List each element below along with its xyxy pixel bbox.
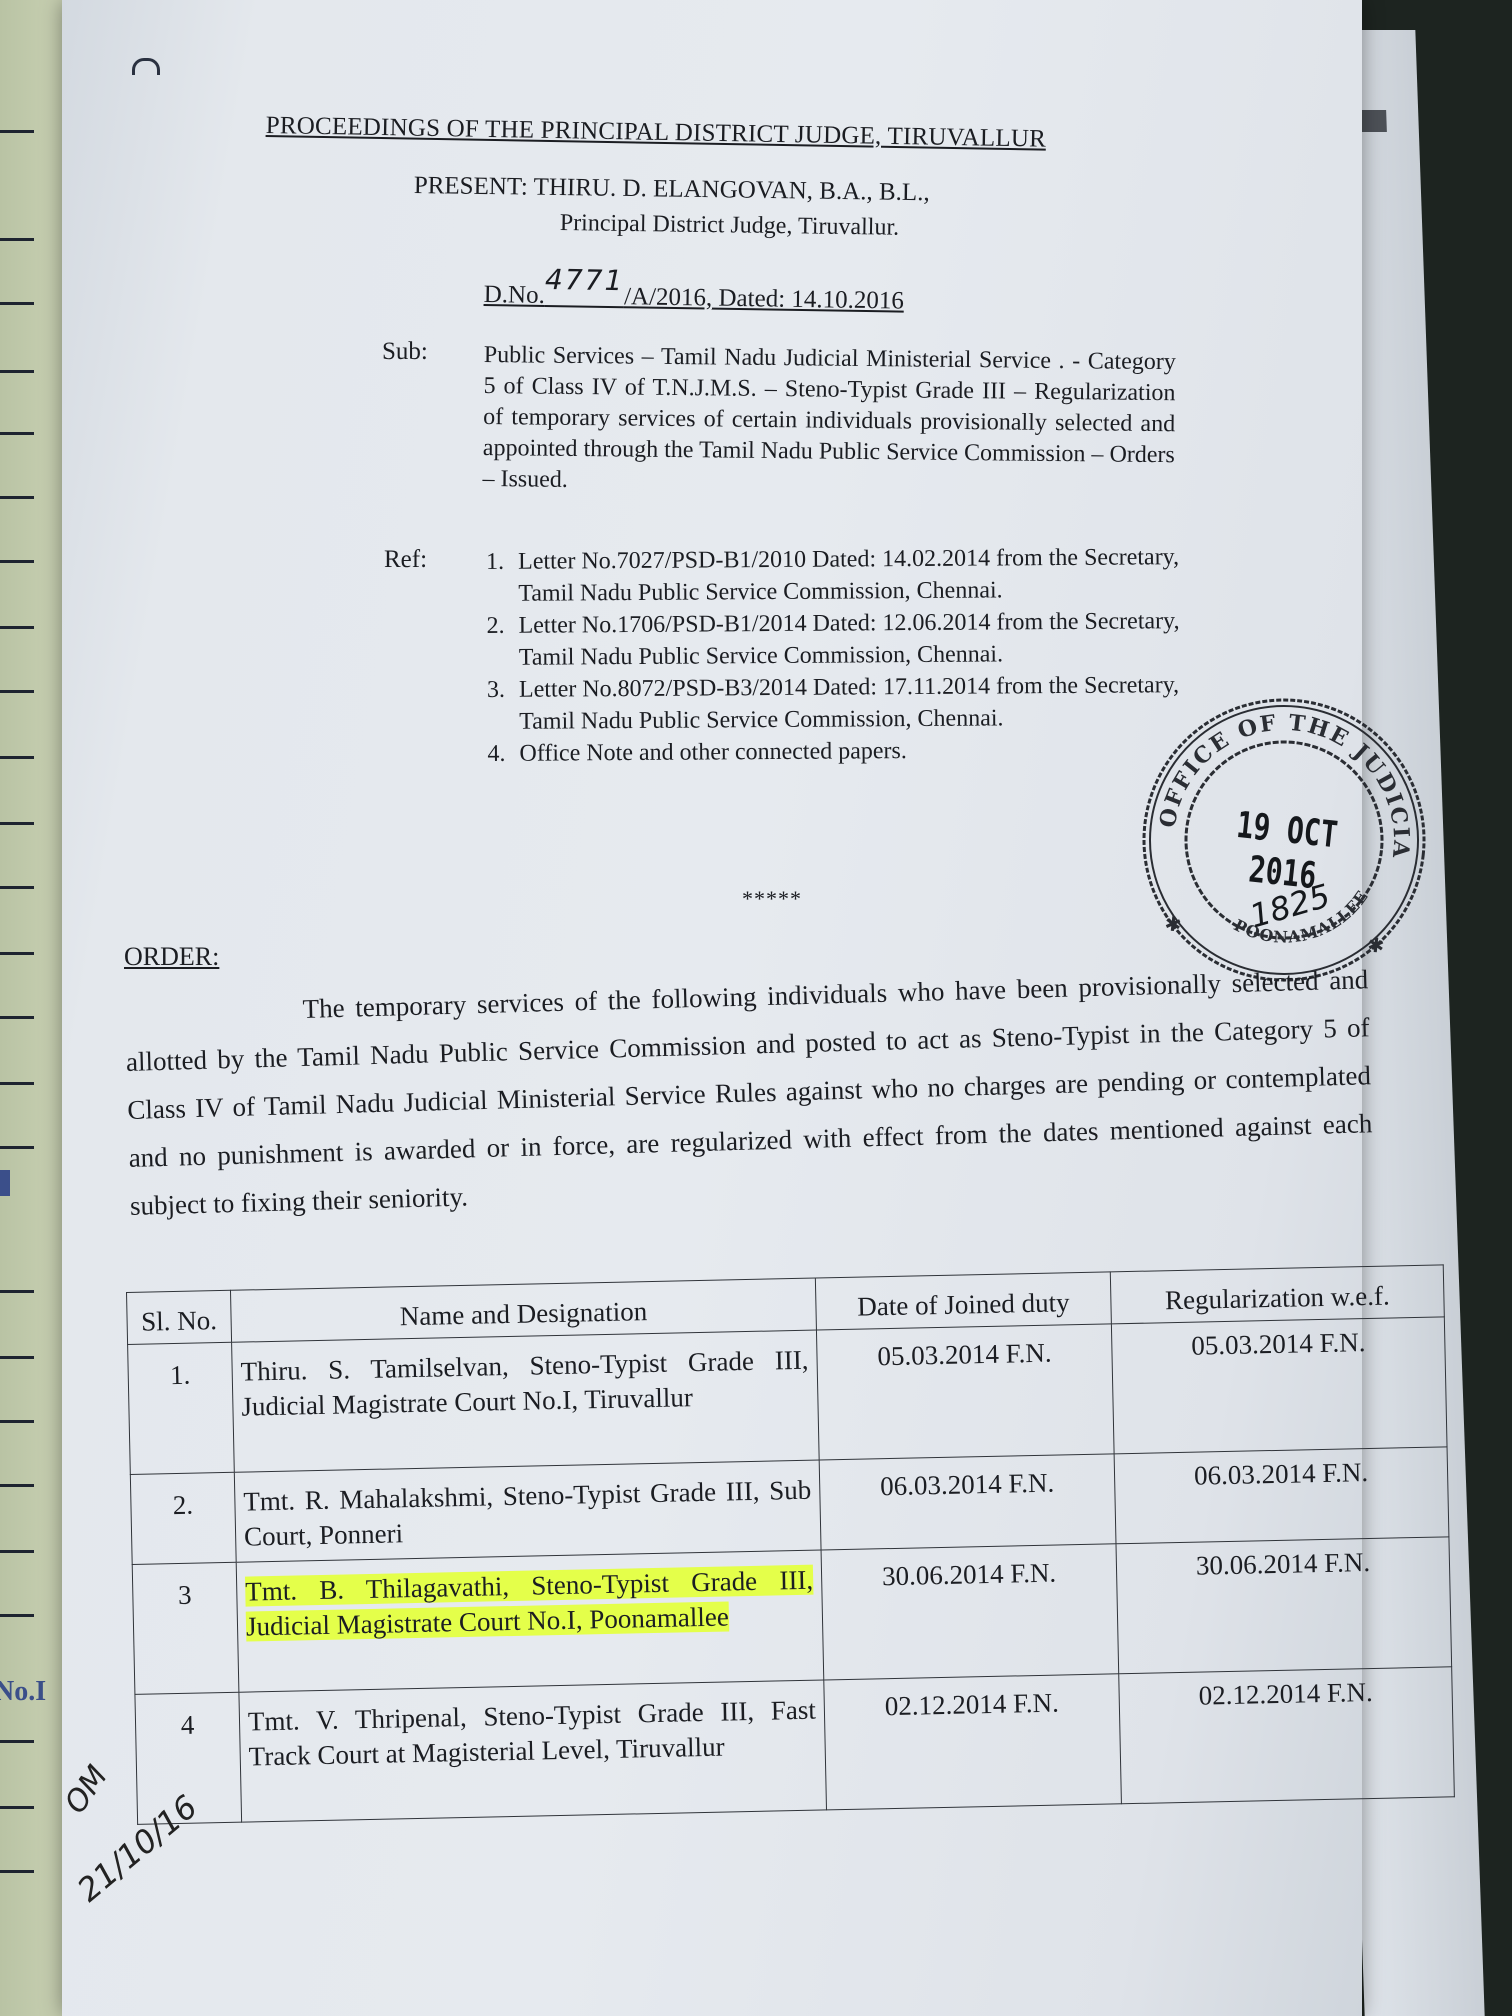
office-stamp: OFFICE OF THE JUDICIAL MAGISTRATE I POON…	[1119, 675, 1449, 1005]
order-heading: ORDER:	[124, 942, 219, 972]
presiding-officer: PRESENT: THIRU. D. ELANGOVAN, B.A., B.L.…	[414, 172, 930, 207]
subject-text: Public Services – Tamil Nadu Judicial Mi…	[482, 340, 1176, 502]
separator: *****	[742, 886, 802, 912]
svg-text:✱: ✱	[1163, 913, 1182, 937]
highlighted-text: Tmt. B. Thilagavathi, Steno-Typist Grade…	[245, 1565, 813, 1642]
dno-suffix: /A/2016, Dated: 14.10.2016	[624, 283, 904, 314]
regularization-table: Sl. No. Name and Designation Date of Joi…	[126, 1264, 1455, 1824]
presiding-designation: Principal District Judge, Tiruvallur.	[560, 210, 900, 242]
header-sl-no: Sl. No.	[127, 1290, 232, 1344]
reference-list: 1.Letter No.7027/PSD-B1/2010 Dated: 14.0…	[486, 541, 1190, 770]
ref-label: Ref:	[384, 546, 427, 574]
sub-label: Sub:	[382, 338, 428, 366]
reference-item: 1.Letter No.7027/PSD-B1/2010 Dated: 14.0…	[486, 541, 1188, 610]
handwritten-initials: OM	[58, 1759, 115, 1820]
table-row: 4 Tmt. V. Thripenal, Steno-Typist Grade …	[135, 1667, 1454, 1825]
svg-text:✱: ✱	[1366, 934, 1385, 958]
order-paragraph: The temporary services of the following …	[124, 955, 1374, 1230]
dno-prefix: D.No.	[483, 281, 545, 309]
reference-item: 2.Letter No.1706/PSD-B1/2014 Dated: 12.0…	[486, 605, 1188, 674]
dispatch-number: D.No.4771/A/2016, Dated: 14.10.2016	[483, 276, 904, 316]
pen-mark	[132, 58, 160, 75]
document-title: PROCEEDINGS OF THE PRINCIPAL DISTRICT JU…	[266, 112, 1150, 155]
document-content: PROCEEDINGS OF THE PRINCIPAL DISTRICT JU…	[0, 0, 1512, 2016]
dno-handwritten: 4771	[545, 263, 625, 297]
header-regularized: Regularization w.e.f.	[1110, 1265, 1444, 1324]
reference-item: 4.Office Note and other connected papers…	[487, 733, 1189, 770]
reference-item: 3.Letter No.8072/PSD-B3/2014 Dated: 17.1…	[487, 669, 1189, 738]
header-joined: Date of Joined duty	[815, 1272, 1111, 1330]
